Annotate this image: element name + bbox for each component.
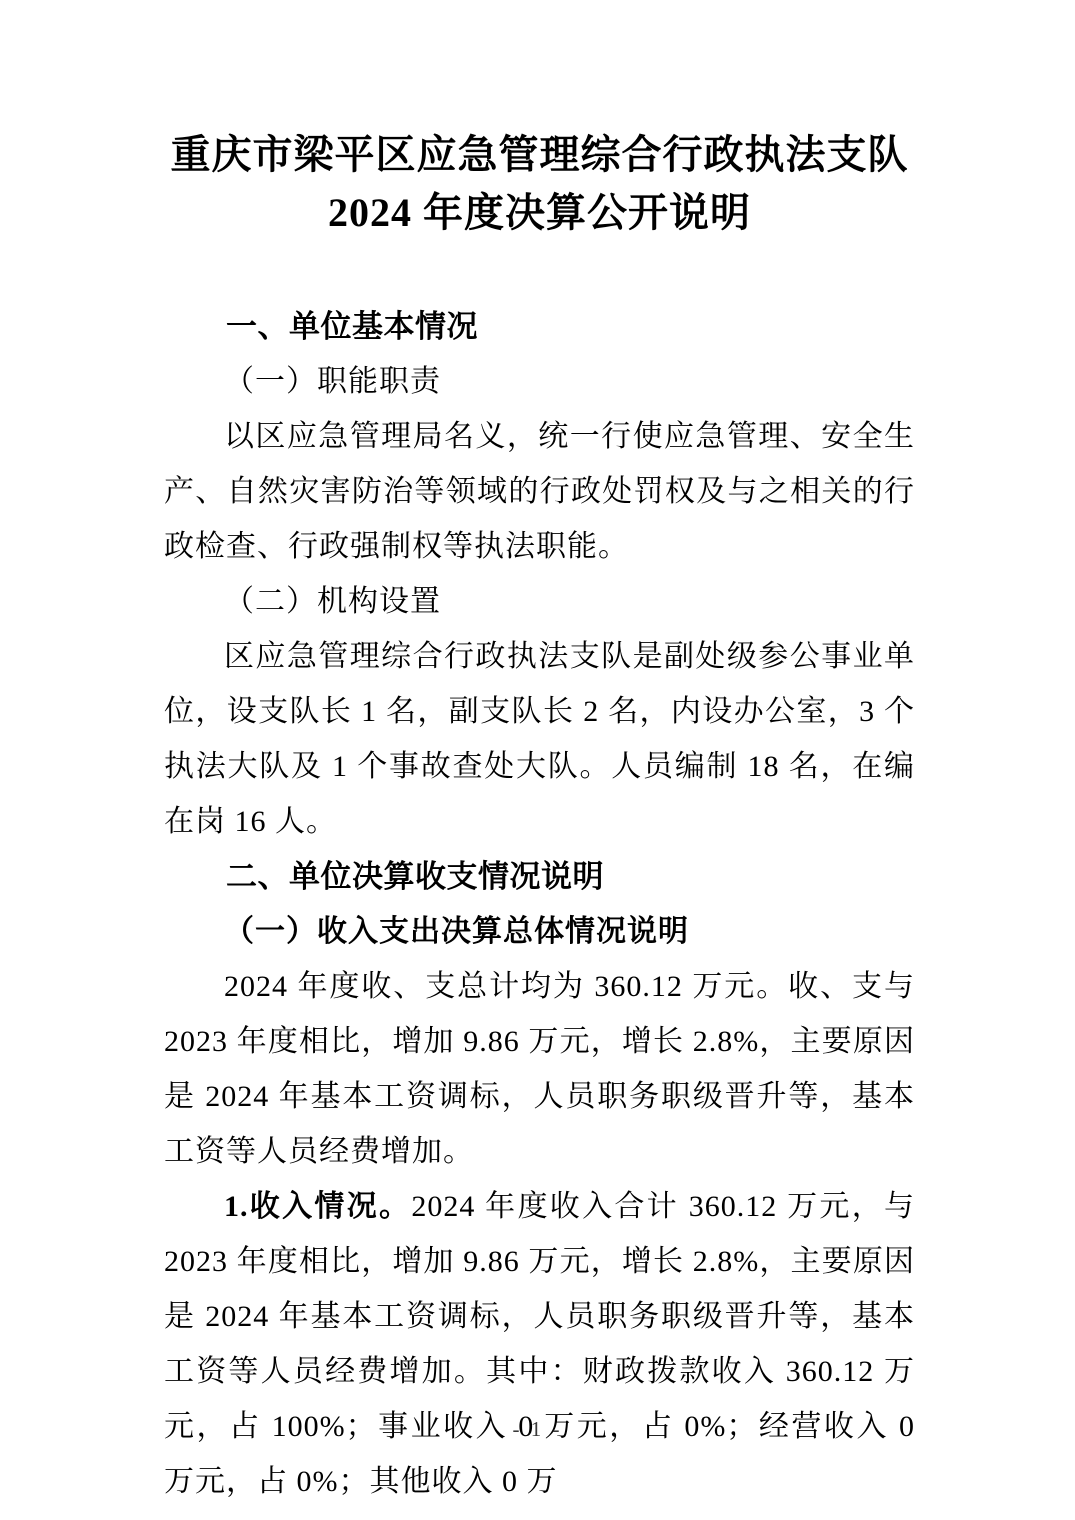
document-title: 重庆市梁平区应急管理综合行政执法支队 2024 年度决算公开说明 bbox=[164, 126, 915, 242]
section-2-paragraph-2: 1.收入情况。2024 年度收入合计 360.12 万元，与 2023 年度相比… bbox=[164, 1179, 915, 1509]
section-2-paragraph-1: 2024 年度收、支总计均为 360.12 万元。收、支与 2023 年度相比，… bbox=[164, 959, 915, 1179]
page-number: - 1 - bbox=[0, 1417, 1075, 1442]
paragraph-body-text: 2024 年度收入合计 360.12 万元，与 2023 年度相比，增加 9.8… bbox=[164, 1190, 915, 1498]
document-body: 一、单位基本情况 （一）职能职责 以区应急管理局名义，统一行使应急管理、安全生产… bbox=[164, 299, 915, 1509]
document-page: 重庆市梁平区应急管理综合行政执法支队 2024 年度决算公开说明 一、单位基本情… bbox=[0, 0, 1075, 1520]
section-2-subheading-1: （一）收入支出决算总体情况说明 bbox=[164, 904, 915, 959]
document-title-line-1: 重庆市梁平区应急管理综合行政执法支队 bbox=[164, 126, 915, 184]
paragraph-bold-lead: 1.收入情况。 bbox=[224, 1190, 411, 1223]
document-title-line-2: 2024 年度决算公开说明 bbox=[164, 184, 915, 242]
section-1-subheading-2: （二）机构设置 bbox=[164, 574, 915, 629]
section-1-paragraph-2: 区应急管理综合行政执法支队是副处级参公事业单位，设支队长 1 名，副支队长 2 … bbox=[164, 629, 915, 849]
section-1-paragraph-1: 以区应急管理局名义，统一行使应急管理、安全生产、自然灾害防治等领域的行政处罚权及… bbox=[164, 409, 915, 574]
section-1-subheading-1: （一）职能职责 bbox=[164, 354, 915, 409]
section-1-heading: 一、单位基本情况 bbox=[164, 299, 915, 354]
section-2-heading: 二、单位决算收支情况说明 bbox=[164, 849, 915, 904]
